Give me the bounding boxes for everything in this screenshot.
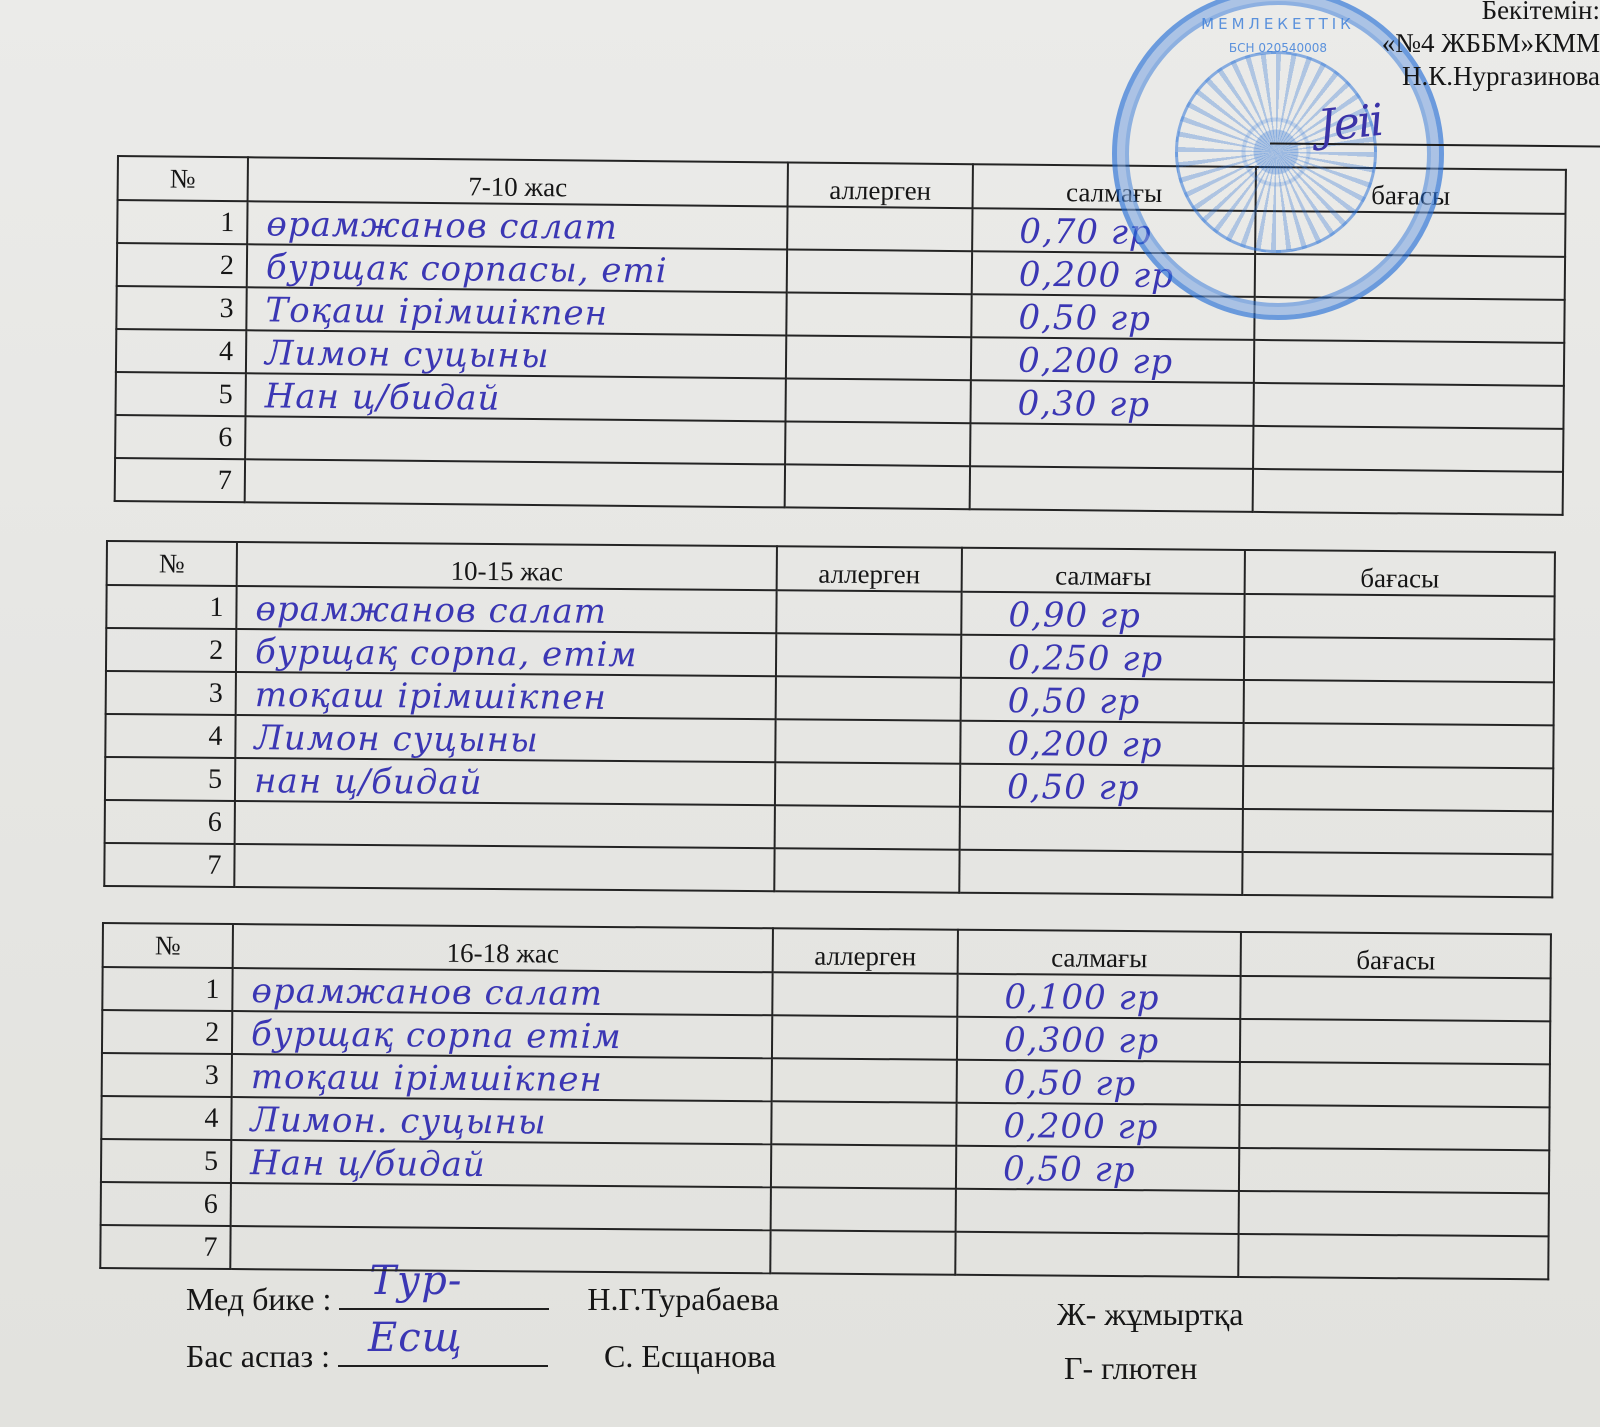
dish-cell: Тоқаш ірімшікпен: [246, 287, 786, 335]
allergen-cell: [775, 805, 960, 849]
weight-cell: 0,200 гр: [971, 337, 1254, 383]
allergen-cell: [771, 1144, 956, 1188]
dish-cell: [245, 416, 785, 464]
price-cell: [1239, 1105, 1549, 1150]
price-cell: [1243, 809, 1553, 854]
weight-value: 0,200 гр: [957, 1107, 1238, 1147]
weight-cell: 0,50 гр: [961, 678, 1244, 723]
weight-value: 0,50 гр: [957, 1150, 1238, 1190]
dish-cell: өрамжанов салат: [236, 586, 776, 633]
approval-organization: «№4 ЖББМ»КММ: [1280, 27, 1600, 60]
dish-cell: [231, 1183, 771, 1230]
approval-block: Бекітемін: «№4 ЖББМ»КММ Н.К.Нургазинова: [1280, 0, 1600, 93]
row-number: 5: [101, 1139, 231, 1183]
col-age-group: 16-18 жас: [233, 924, 773, 972]
dish-cell: бурщак сорпасы, еті: [247, 244, 787, 292]
weight-cell: 0,250 гр: [961, 635, 1244, 680]
dish-name: тоқаш ірімшікпен: [233, 1058, 771, 1100]
price-cell: [1239, 1148, 1549, 1193]
nurse-signature-line: Тур-: [339, 1276, 549, 1310]
price-cell: [1253, 469, 1563, 515]
weight-value: 0,100 гр: [958, 978, 1239, 1018]
weight-value: 0,300 гр: [958, 1021, 1239, 1061]
allergen-cell: [787, 206, 972, 251]
row-number: 3: [116, 286, 246, 330]
row-number: 4: [105, 714, 235, 758]
price-cell: [1243, 723, 1553, 768]
dish-name: Лимон суцыны: [236, 719, 774, 761]
weight-cell: [956, 1189, 1239, 1234]
row-number: 1: [117, 200, 247, 244]
nurse-signature-row: Мед бике : Тур- Н.Г.Турабаева: [186, 1276, 779, 1318]
weight-cell: 0,30 гр: [970, 380, 1253, 426]
price-cell: [1253, 426, 1563, 472]
col-number: №: [118, 156, 248, 201]
allergen-cell: [775, 762, 960, 806]
chef-name: С. Есщанова: [604, 1338, 776, 1374]
weight-cell: 0,50 гр: [960, 764, 1243, 809]
weight-cell: [970, 466, 1253, 512]
col-age-group: 7-10 жас: [248, 157, 788, 206]
weight-value: 0,250 гр: [962, 639, 1243, 679]
dish-name: өрамжанов салат: [237, 590, 775, 632]
row-number: 6: [105, 800, 235, 844]
row-number: 6: [101, 1182, 231, 1226]
weight-value: 0,50 гр: [958, 1064, 1239, 1104]
allergen-cell: [786, 335, 971, 380]
menu-table-16-18: №16-18 жасаллергенсалмағыбағасы1өрамжано…: [99, 922, 1552, 1280]
weight-cell: [970, 423, 1253, 469]
approval-label: Бекітемін:: [1280, 0, 1600, 27]
menu-table-10-15: №10-15 жасаллергенсалмағыбағасы1өрамжано…: [103, 540, 1556, 898]
weight-value: [960, 892, 1241, 894]
allergen-cell: [771, 1187, 956, 1231]
price-cell: [1242, 852, 1552, 897]
dish-cell: Нан ц/бидай: [231, 1140, 771, 1187]
allergen-cell: [775, 719, 960, 763]
col-allergen: аллерген: [777, 546, 962, 591]
row-number: 5: [116, 372, 246, 416]
dish-cell: [235, 801, 775, 848]
dish-cell: Лимон. суцыны: [231, 1097, 771, 1144]
row-number: 6: [115, 415, 245, 459]
row-number: 5: [105, 757, 235, 801]
dish-name: [231, 1268, 769, 1272]
dish-cell: бурщақ сорпа, етім: [236, 629, 776, 676]
dish-name: бурщак сорпасы, еті: [248, 248, 786, 291]
dish-cell: өрамжанов салат: [232, 968, 772, 1015]
allergen-cell: [786, 292, 971, 337]
dish-cell: өрамжанов салат: [247, 201, 787, 249]
allergen-cell: [770, 1230, 955, 1274]
dish-name: тоқаш ірімшікпен: [237, 676, 775, 718]
weight-cell: [955, 1232, 1238, 1277]
dish-cell: [234, 844, 774, 891]
dish-name: өрамжанов салат: [233, 972, 771, 1014]
price-cell: [1244, 637, 1554, 682]
weight-value: 0,90 гр: [962, 596, 1243, 636]
weight-value: 0,30 гр: [971, 384, 1252, 425]
dish-cell: тоқаш ірімшікпен: [236, 672, 776, 719]
allergen-cell: [785, 421, 970, 466]
allergen-cell: [776, 633, 961, 677]
dish-name: Тоқаш ірімшікпен: [247, 291, 785, 334]
row-number: 2: [117, 243, 247, 287]
dish-name: Лимон суцыны: [247, 334, 785, 377]
row-number: 4: [101, 1096, 231, 1140]
allergen-cell: [787, 249, 972, 294]
col-age-group: 10-15 жас: [237, 542, 777, 590]
dish-cell: Нан ц/бидай: [245, 373, 785, 421]
weight-cell: [960, 807, 1243, 852]
dish-cell: тоқаш ірімшікпен: [232, 1054, 772, 1101]
chef-signature: Есщ: [368, 1319, 463, 1357]
allergen-cell: [772, 972, 957, 1016]
weight-cell: 0,50 гр: [957, 1060, 1240, 1105]
dish-cell: бурщақ сорпа етім: [232, 1011, 772, 1058]
price-cell: [1244, 594, 1554, 639]
row-number: 4: [116, 329, 246, 373]
price-cell: [1243, 766, 1553, 811]
allergen-cell: [776, 676, 961, 720]
allergen-cell: [771, 1101, 956, 1145]
weight-value: 0,50 гр: [961, 768, 1242, 808]
row-number: 2: [102, 1010, 232, 1054]
weight-cell: 0,300 гр: [957, 1017, 1240, 1062]
row-number: 2: [106, 628, 236, 672]
row-number: 7: [115, 458, 245, 502]
approval-director: Н.К.Нургазинова: [1280, 60, 1600, 93]
dish-name: бурщақ сорпа, етім: [237, 633, 775, 675]
allergen-cell: [772, 1058, 957, 1102]
col-weight: салмағы: [958, 930, 1241, 976]
weight-cell: 0,200 гр: [960, 721, 1243, 766]
weight-cell: 0,200 гр: [956, 1103, 1239, 1148]
price-cell: [1240, 1062, 1550, 1107]
weight-value: 0,200 гр: [972, 341, 1253, 382]
dish-name: Нан ц/бидай: [232, 1144, 770, 1186]
legend-gluten: Г- глютен: [1064, 1350, 1197, 1387]
row-number: 1: [102, 967, 232, 1011]
allergen-cell: [785, 378, 970, 423]
col-weight: салмағы: [962, 548, 1245, 594]
price-cell: [1254, 340, 1564, 386]
weight-value: 0,50 гр: [962, 682, 1243, 722]
allergen-cell: [785, 464, 970, 509]
price-cell: [1244, 680, 1554, 725]
row-number: 7: [100, 1225, 230, 1269]
allergen-cell: [774, 848, 959, 892]
dish-name: [246, 501, 784, 506]
price-cell: [1253, 383, 1563, 429]
col-number: №: [103, 923, 233, 968]
price-cell: [1240, 976, 1550, 1021]
price-cell: [1238, 1234, 1548, 1279]
dish-cell: [230, 1226, 770, 1273]
dish-cell: нан ц/бидай: [235, 758, 775, 805]
dish-cell: Лимон суцыны: [235, 715, 775, 762]
dish-name: нан ц/бидай: [236, 762, 774, 804]
dish-name: бурщақ сорпа етім: [233, 1015, 771, 1057]
chef-signature-line: Есщ: [338, 1333, 548, 1367]
row-number: 1: [106, 585, 236, 629]
weight-cell: 0,90 гр: [961, 592, 1244, 637]
weight-cell: 0,100 гр: [957, 974, 1240, 1019]
weight-cell: [959, 850, 1242, 895]
weight-value: 0,200 гр: [961, 725, 1242, 765]
allergen-cell: [776, 590, 961, 634]
col-price: бағасы: [1245, 550, 1555, 596]
col-number: №: [107, 541, 237, 586]
weight-value: [956, 1274, 1237, 1276]
dish-name: Лимон. суцыны: [232, 1101, 770, 1143]
allergen-cell: [772, 1015, 957, 1059]
row-number: 3: [102, 1053, 232, 1097]
price-cell: [1240, 1019, 1550, 1064]
chef-signature-row: Бас аспаз : Есщ С. Есщанова: [186, 1333, 776, 1375]
dish-cell: Лимон суцыны: [246, 330, 786, 378]
legend-egg: Ж- жұмыртқа: [1057, 1296, 1244, 1333]
director-signature: Jeii: [1316, 95, 1385, 152]
weight-value: [971, 508, 1252, 511]
col-allergen: аллерген: [773, 928, 958, 973]
nurse-label: Мед бике :: [186, 1281, 331, 1317]
col-price: бағасы: [1241, 932, 1551, 978]
dish-name: [235, 886, 773, 890]
price-cell: [1239, 1191, 1549, 1236]
weight-cell: 0,50 гр: [956, 1146, 1239, 1191]
row-number: 3: [106, 671, 236, 715]
dish-cell: [245, 459, 785, 507]
dish-name: өрамжанов салат: [248, 205, 786, 248]
nurse-name: Н.Г.Турабаева: [587, 1281, 779, 1317]
row-number: 7: [104, 843, 234, 887]
col-allergen: аллерген: [788, 162, 973, 208]
chef-label: Бас аспаз :: [186, 1338, 330, 1374]
dish-name: Нан ц/бидай: [247, 377, 785, 420]
